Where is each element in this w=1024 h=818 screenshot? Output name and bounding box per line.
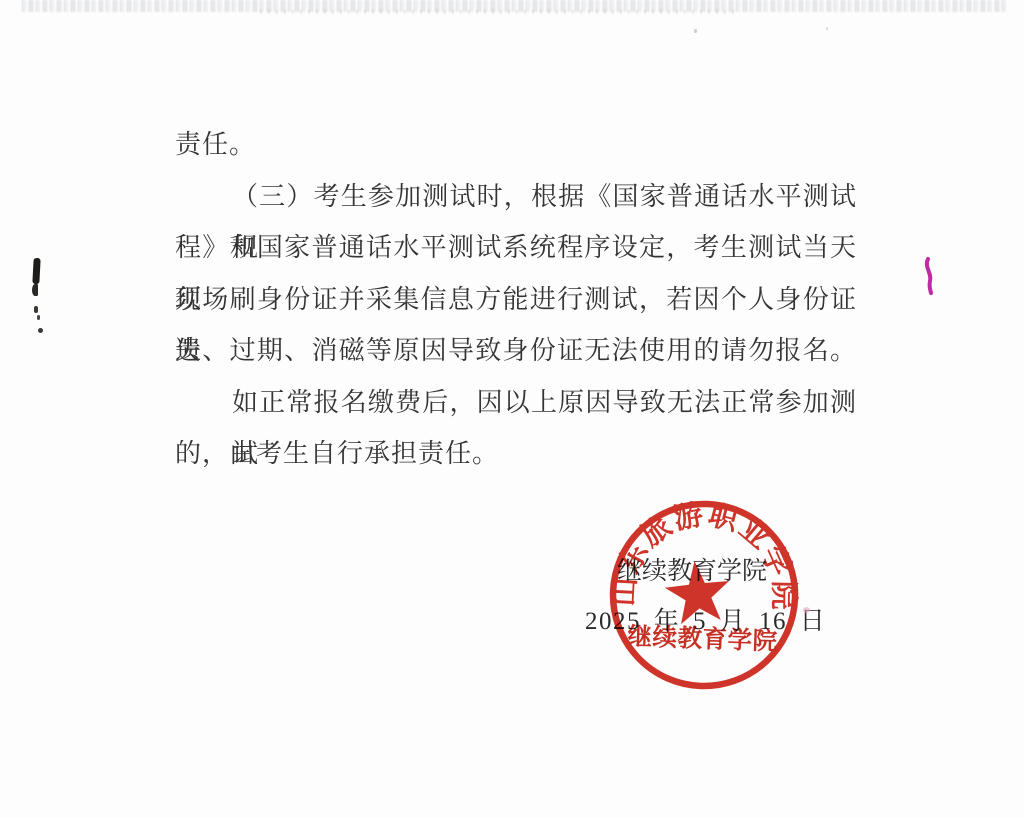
- scanned-document-page: 责任。 （三）考生参加测试时，根据《国家普通话水平测试规 程》和国家普通话水平测…: [0, 0, 1024, 818]
- official-seal: 山东旅游职业学院 继续教育学院: [595, 487, 812, 704]
- scan-smudge: [38, 328, 43, 333]
- scan-smudge: [32, 284, 38, 296]
- text-line: 的，由考生自行承担责任。: [175, 428, 857, 480]
- text-line: 现场刷身份证并采集信息方能进行测试，若因个人身份证遗: [175, 274, 857, 326]
- text-line: 责任。: [175, 119, 857, 171]
- scan-speck: [826, 27, 828, 30]
- text-line: 失、过期、消磁等原因导致身份证无法使用的请勿报名。: [175, 325, 857, 377]
- scan-smudge: [32, 258, 40, 284]
- scanner-noise-band-2: [260, 10, 740, 14]
- text-line: 如正常报名缴费后，因以上原因导致无法正常参加测试: [175, 377, 857, 429]
- scan-speck: [694, 29, 697, 33]
- scan-smudge: [37, 315, 40, 320]
- pink-pen-mark: [918, 256, 940, 298]
- seal-star-icon: [662, 558, 733, 626]
- seal-bottom-text: 继续教育学院: [627, 621, 778, 655]
- text-line: 程》和国家普通话水平测试系统程序设定，考生测试当天须: [175, 222, 857, 274]
- text-line: （三）考生参加测试时，根据《国家普通话水平测试规: [175, 171, 857, 223]
- document-body: 责任。 （三）考生参加测试时，根据《国家普通话水平测试规 程》和国家普通话水平测…: [175, 119, 857, 480]
- scan-smudge: [34, 306, 38, 313]
